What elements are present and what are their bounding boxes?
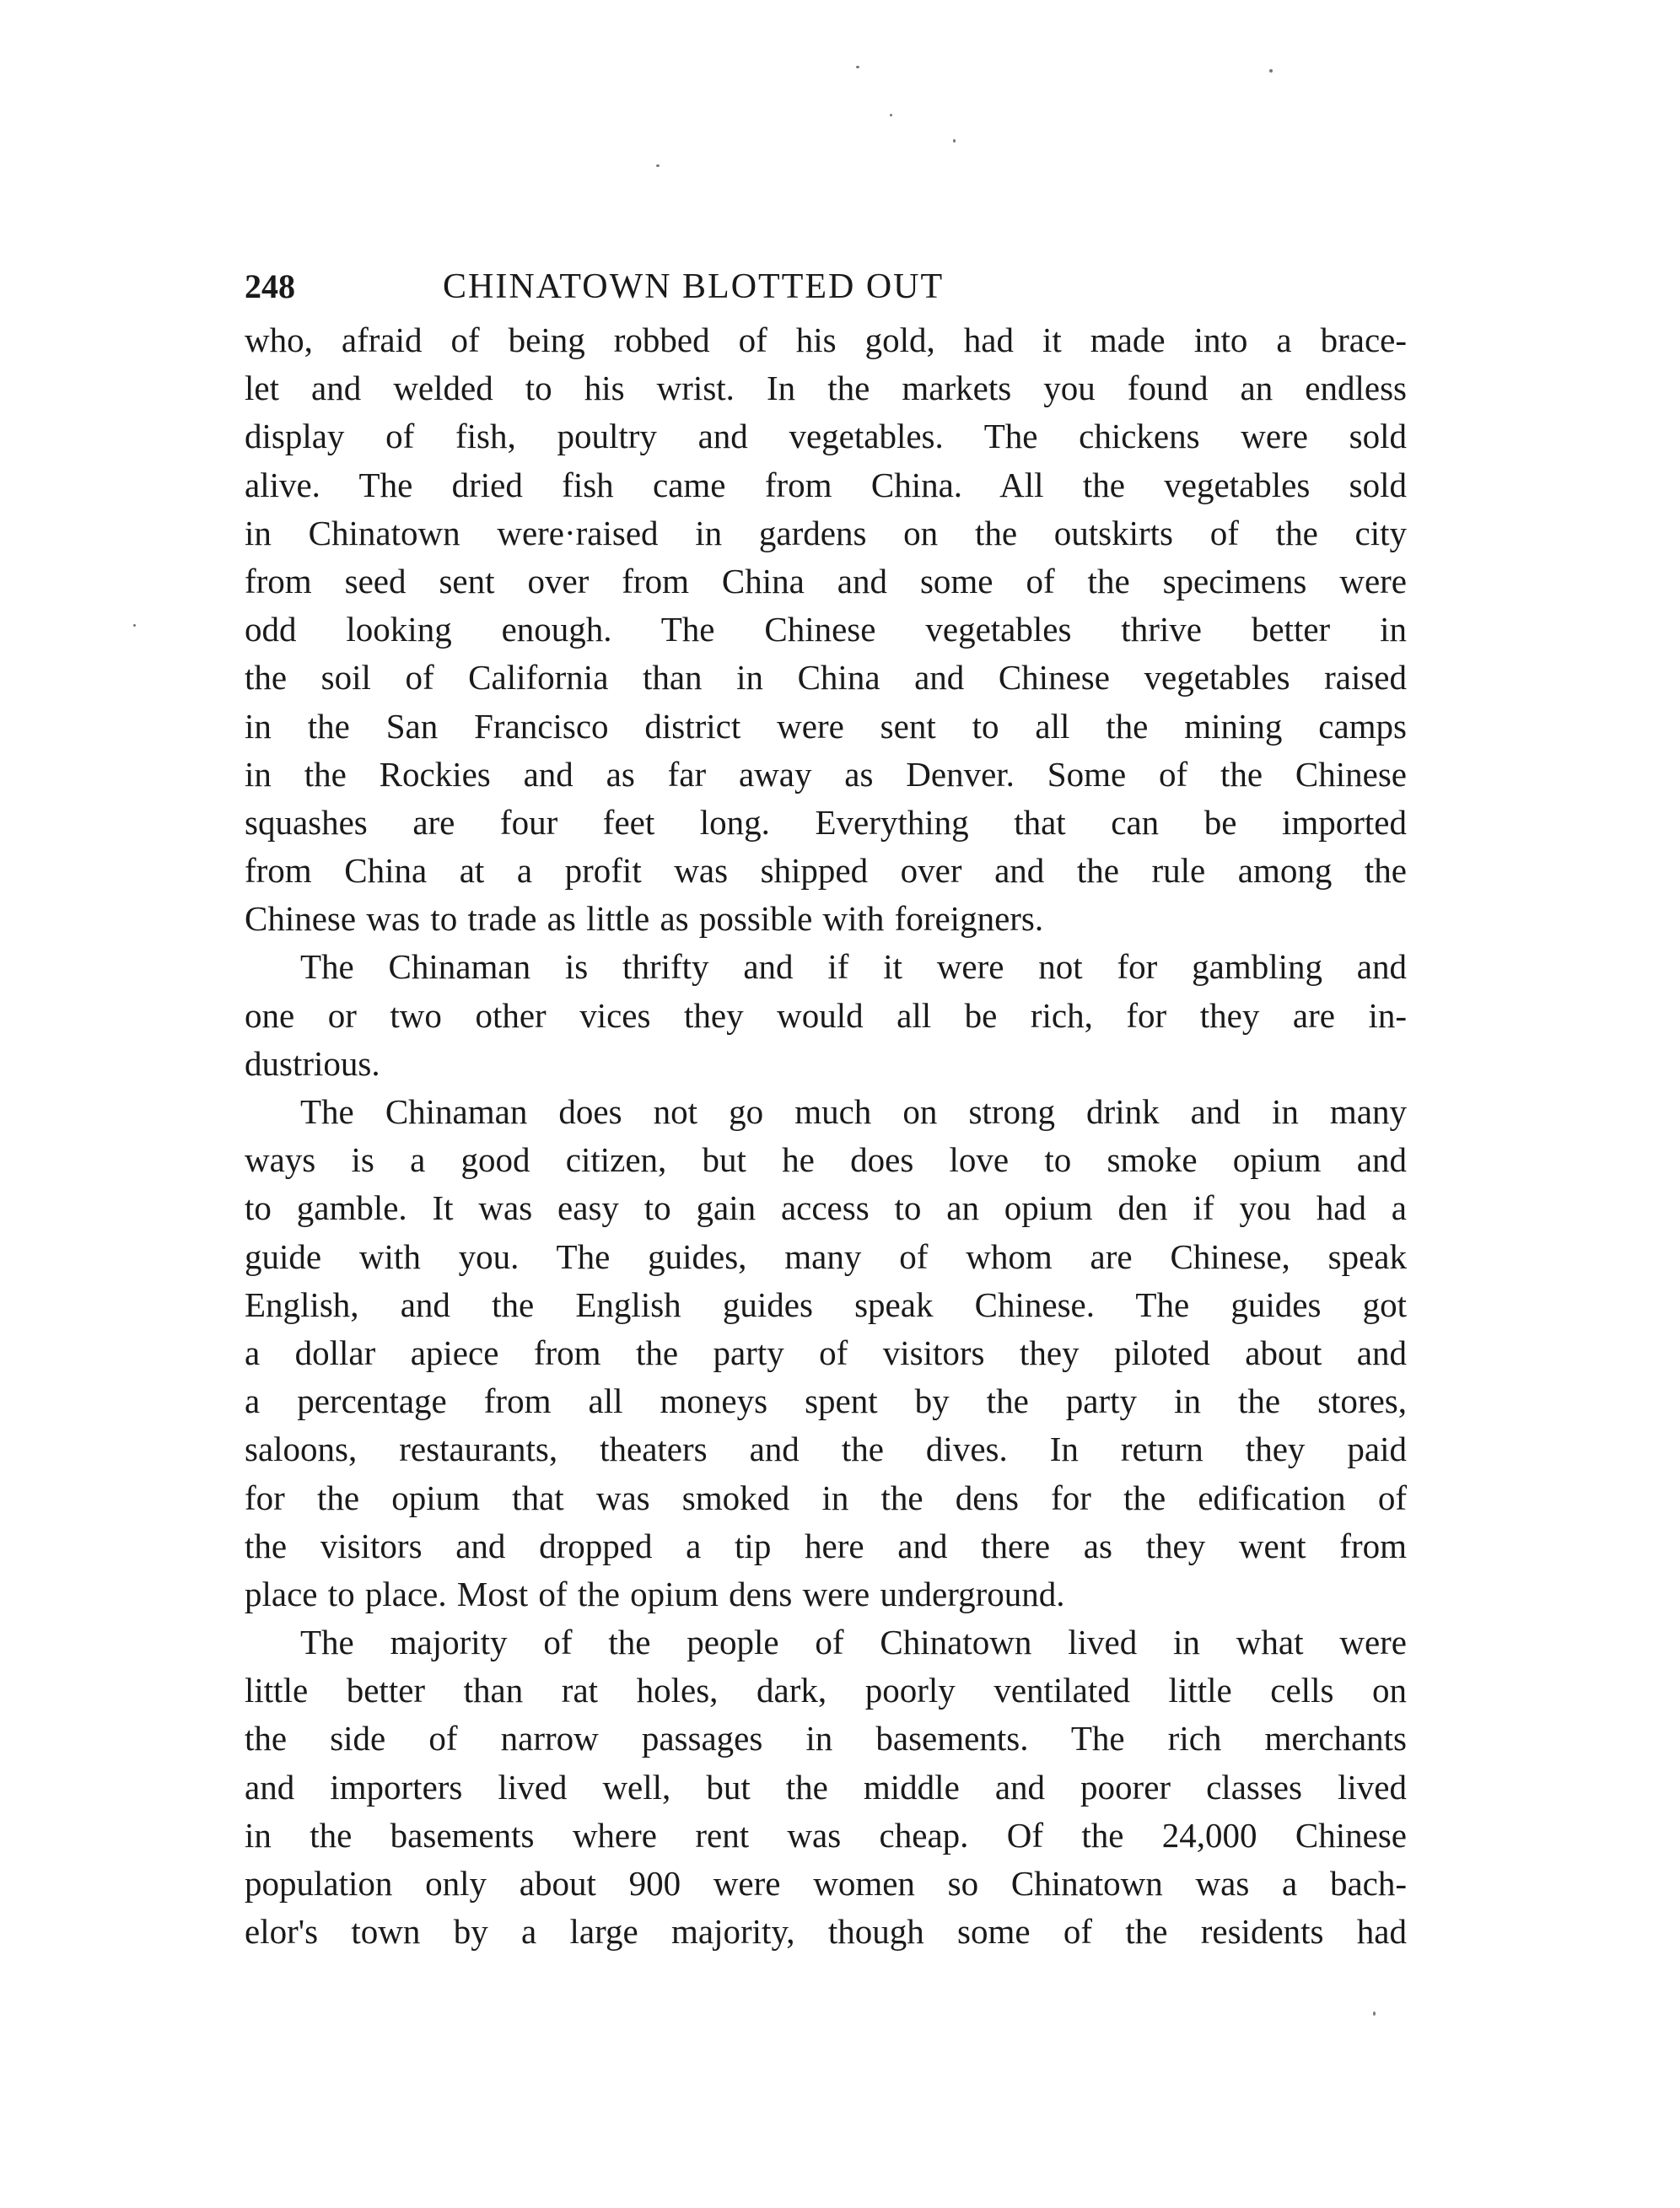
text-line: a percentage from all moneys spent by th… xyxy=(245,1377,1407,1425)
page-number: 248 xyxy=(245,263,295,310)
text-line: squashes are four feet long. Everything … xyxy=(245,799,1407,847)
text-line: saloons, restaurants, theaters and the d… xyxy=(245,1425,1407,1473)
text-line: from seed sent over from China and some … xyxy=(245,557,1407,606)
text-line: population only about 900 were women so … xyxy=(245,1860,1407,1908)
paragraph-start-line: The Chinaman is thrifty and if it were n… xyxy=(245,943,1407,991)
text-line: the side of narrow passages in basements… xyxy=(245,1715,1407,1763)
text-line: in the San Francisco district were sent … xyxy=(245,703,1407,751)
book-page: 248 CHINATOWN BLOTTED OUT who, afraid of… xyxy=(0,0,1680,2208)
text-line: dustrious. xyxy=(245,1040,1407,1088)
scan-speck xyxy=(953,139,956,143)
running-head: 248 CHINATOWN BLOTTED OUT xyxy=(245,263,1408,310)
text-line: in Chinatown were·raised in gardens on t… xyxy=(245,509,1407,557)
text-line: place to place. Most of the opium dens w… xyxy=(245,1570,1407,1618)
scan-speck xyxy=(133,624,136,627)
text-line: let and welded to his wrist. In the mark… xyxy=(245,364,1407,412)
text-line: the soil of California than in China and… xyxy=(245,654,1407,702)
scan-speck xyxy=(1269,69,1273,73)
text-line: in the basements where rent was cheap. O… xyxy=(245,1812,1407,1860)
body-text: who, afraid of being robbed of his gold,… xyxy=(245,316,1407,1956)
text-line: English, and the English guides speak Ch… xyxy=(245,1281,1407,1329)
text-line: the visitors and dropped a tip here and … xyxy=(245,1522,1407,1570)
text-line: to gamble. It was easy to gain access to… xyxy=(245,1184,1407,1232)
text-line: odd looking enough. The Chinese vegetabl… xyxy=(245,606,1407,654)
scan-speck xyxy=(1373,2011,1376,2016)
text-line: ways is a good citizen, but he does love… xyxy=(245,1136,1407,1184)
text-line: display of fish, poultry and vegetables.… xyxy=(245,412,1407,460)
text-line: alive. The dried fish came from China. A… xyxy=(245,461,1407,509)
text-line: guide with you. The guides, many of whom… xyxy=(245,1233,1407,1281)
paragraph-start-line: The Chinaman does not go much on strong … xyxy=(245,1088,1407,1136)
text-line: Chinese was to trade as little as possib… xyxy=(245,895,1407,943)
text-line: a dollar apiece from the party of visito… xyxy=(245,1329,1407,1377)
text-line: in the Rockies and as far away as Denver… xyxy=(245,751,1407,799)
running-title: CHINATOWN BLOTTED OUT xyxy=(443,263,944,310)
text-line: elor's town by a large majority, though … xyxy=(245,1908,1407,1956)
paragraph-start-line: The majority of the people of Chinatown … xyxy=(245,1618,1407,1667)
text-line: from China at a profit was shipped over … xyxy=(245,847,1407,895)
text-line: one or two other vices they would all be… xyxy=(245,992,1407,1040)
text-line: little better than rat holes, dark, poor… xyxy=(245,1667,1407,1715)
scan-speck xyxy=(856,66,859,68)
scan-speck xyxy=(890,114,892,116)
text-line: for the opium that was smoked in the den… xyxy=(245,1474,1407,1522)
text-line: who, afraid of being robbed of his gold,… xyxy=(245,316,1407,364)
text-line: and importers lived well, but the middle… xyxy=(245,1764,1407,1812)
scan-speck xyxy=(656,164,660,167)
